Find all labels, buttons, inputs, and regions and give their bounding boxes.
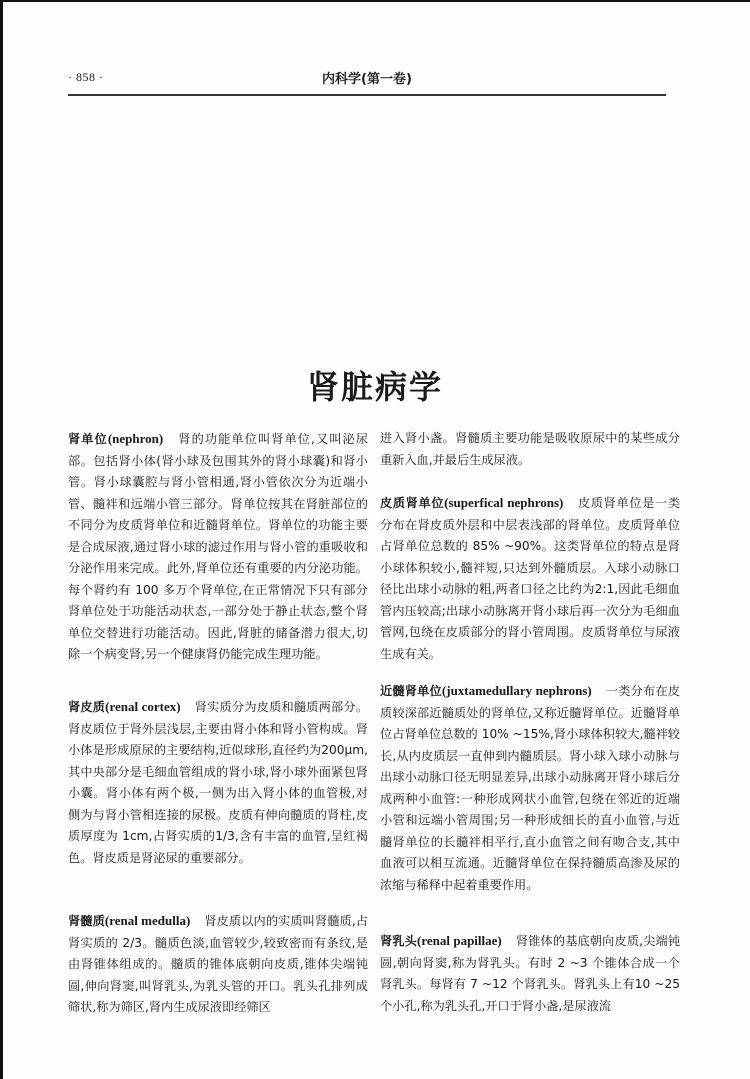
entry-juxtamedullary-nephrons: 近髓肾单位(juxtamedullary nephrons)一类分布在皮质较深部…	[380, 680, 680, 896]
entry-renal-medulla: 肾髓质(renal medulla)肾皮质以内的实质叫肾髓质,占肾实质的 2/3…	[68, 910, 368, 1019]
entry-text: 一类分布在皮质较深部近髓质处的肾单位,又称近髓肾单位。近髓肾单位占肾单位总数的 …	[380, 684, 680, 892]
page-edge-top	[0, 0, 750, 2]
entry-term-en: (renal cortex)	[105, 699, 180, 714]
entry-term-en: (renal papillae)	[417, 933, 502, 948]
entry-term-zh: 肾髓质	[68, 914, 105, 928]
entry-term-zh: 肾单位	[68, 432, 108, 446]
page-header: · 858 · 内科学(第一卷)	[68, 68, 666, 90]
entry-text: 肾实质分为皮质和髓质两部分。肾皮质位于肾外层浅层,主要由肾小体和肾小管构成。肾小…	[68, 700, 368, 865]
entry-term-en: (superfical nephrons)	[444, 495, 563, 510]
chapter-title: 肾脏病学	[0, 362, 750, 408]
page-edge-left	[0, 0, 3, 1079]
entry-term-zh: 皮质肾单位	[380, 496, 444, 510]
entry-renal-papillae: 肾乳头(renal papillae)肾锥体的基底朝向皮质,尖端钝圆,朝向肾窦,…	[380, 930, 680, 1017]
entry-text: 肾皮质以内的实质叫肾髓质,占肾实质的 2/3。髓质色淡,血管较少,较致密而有条纹…	[68, 914, 368, 1014]
entry-term-en: (renal medulla)	[105, 913, 190, 928]
entry-renal-cortex: 肾皮质(renal cortex)肾实质分为皮质和髓质两部分。肾皮质位于肾外层浅…	[68, 696, 368, 869]
header-rule	[68, 94, 666, 96]
entry-term-zh: 肾乳头	[380, 934, 417, 948]
entry-term-zh: 肾皮质	[68, 700, 105, 714]
entry-term-en: (juxtamedullary nephrons)	[442, 683, 592, 698]
running-title: 内科学(第一卷)	[68, 68, 666, 87]
entry-term-en: (nephron)	[108, 431, 163, 446]
entry-superficial-nephrons: 皮质肾单位(superfical nephrons)皮质肾单位是一类分布在肾皮质…	[380, 492, 680, 665]
entry-text: 肾的功能单位叫肾单位,又叫泌尿部。包括肾小体(肾小球及包围其外的肾小球囊)和肾小…	[68, 432, 368, 661]
entry-nephron: 肾单位(nephron)肾的功能单位叫肾单位,又叫泌尿部。包括肾小体(肾小球及包…	[68, 428, 368, 666]
entry-term-zh: 近髓肾单位	[380, 684, 442, 698]
entry-text: 皮质肾单位是一类分布在肾皮质外层和中层表浅部的肾单位。皮质肾单位占肾单位总数的 …	[380, 496, 680, 661]
entry-medulla-continued: 进入肾小盏。肾髓质主要功能是吸收原尿中的某些成分重新入血,并最后生成尿液。	[380, 428, 680, 471]
entry-text: 进入肾小盏。肾髓质主要功能是吸收原尿中的某些成分重新入血,并最后生成尿液。	[380, 431, 680, 467]
